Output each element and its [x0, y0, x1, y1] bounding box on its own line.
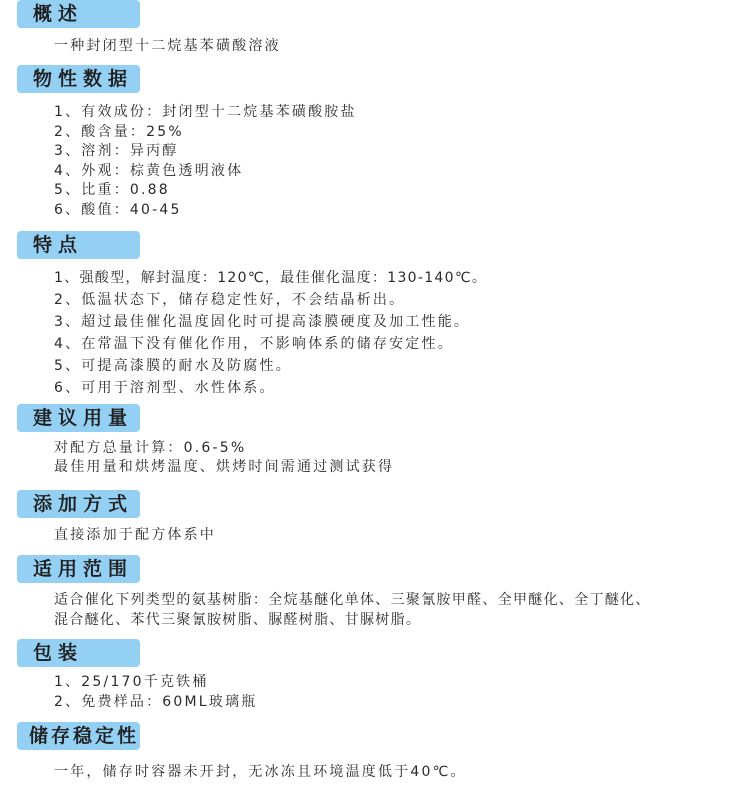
feature-item: 5、可提高漆膜的耐水及防腐性。 — [54, 357, 292, 375]
application-scope-text: 混合醚化、苯代三聚氰胺树脂、脲醛树脂、甘脲树脂。 — [54, 611, 421, 629]
feature-item: 4、在常温下没有催化作用，不影响体系的储存安定性。 — [54, 335, 454, 353]
feature-item: 6、可用于溶剂型、水性体系。 — [54, 379, 276, 397]
overview-text: 一种封闭型十二烷基苯磺酸溶液 — [54, 37, 281, 55]
section-header-application-scope: 适用范围 — [17, 555, 140, 583]
property-item: 2、酸含量：25% — [54, 123, 184, 141]
property-item: 3、溶剂：异丙醇 — [54, 142, 179, 160]
section-header-addition-method: 添加方式 — [17, 490, 140, 518]
section-header-storage-stability: 储存稳定性 — [17, 722, 140, 750]
property-item: 5、比重：0.88 — [54, 181, 170, 199]
storage-stability-text: 一年，储存时容器未开封，无冰冻且环境温度低于40℃。 — [54, 763, 467, 781]
addition-method-text: 直接添加于配方体系中 — [54, 526, 216, 544]
application-scope-text: 适合催化下列类型的氨基树脂：全烷基醚化单体、三聚氰胺甲醛、全甲醚化、全丁醚化、 — [54, 591, 651, 609]
feature-item: 2、低温状态下，储存稳定性好，不会结晶析出。 — [54, 291, 405, 309]
section-header-overview: 概述 — [17, 0, 140, 28]
property-item: 4、外观：棕黄色透明液体 — [54, 162, 243, 180]
dosage-text: 最佳用量和烘烤温度、烘烤时间需通过测试获得 — [54, 458, 394, 476]
feature-item: 3、超过最佳催化温度固化时可提高漆膜硬度及加工性能。 — [54, 313, 470, 331]
section-header-properties: 物性数据 — [17, 65, 140, 93]
feature-item: 1、强酸型，解封温度：120℃，最佳催化温度：130-140℃。 — [54, 269, 487, 287]
section-header-packaging: 包装 — [17, 639, 140, 667]
packaging-item: 2、免费样品：60ML玻璃瓶 — [54, 693, 257, 711]
dosage-text: 对配方总量计算：0.6-5% — [54, 439, 246, 457]
property-item: 6、酸值：40-45 — [54, 201, 182, 219]
section-header-dosage: 建议用量 — [17, 404, 140, 432]
property-item: 1、有效成份：封闭型十二烷基苯磺酸胺盐 — [54, 103, 357, 121]
section-header-features: 特点 — [17, 231, 140, 259]
packaging-item: 1、25/170千克铁桶 — [54, 673, 209, 691]
